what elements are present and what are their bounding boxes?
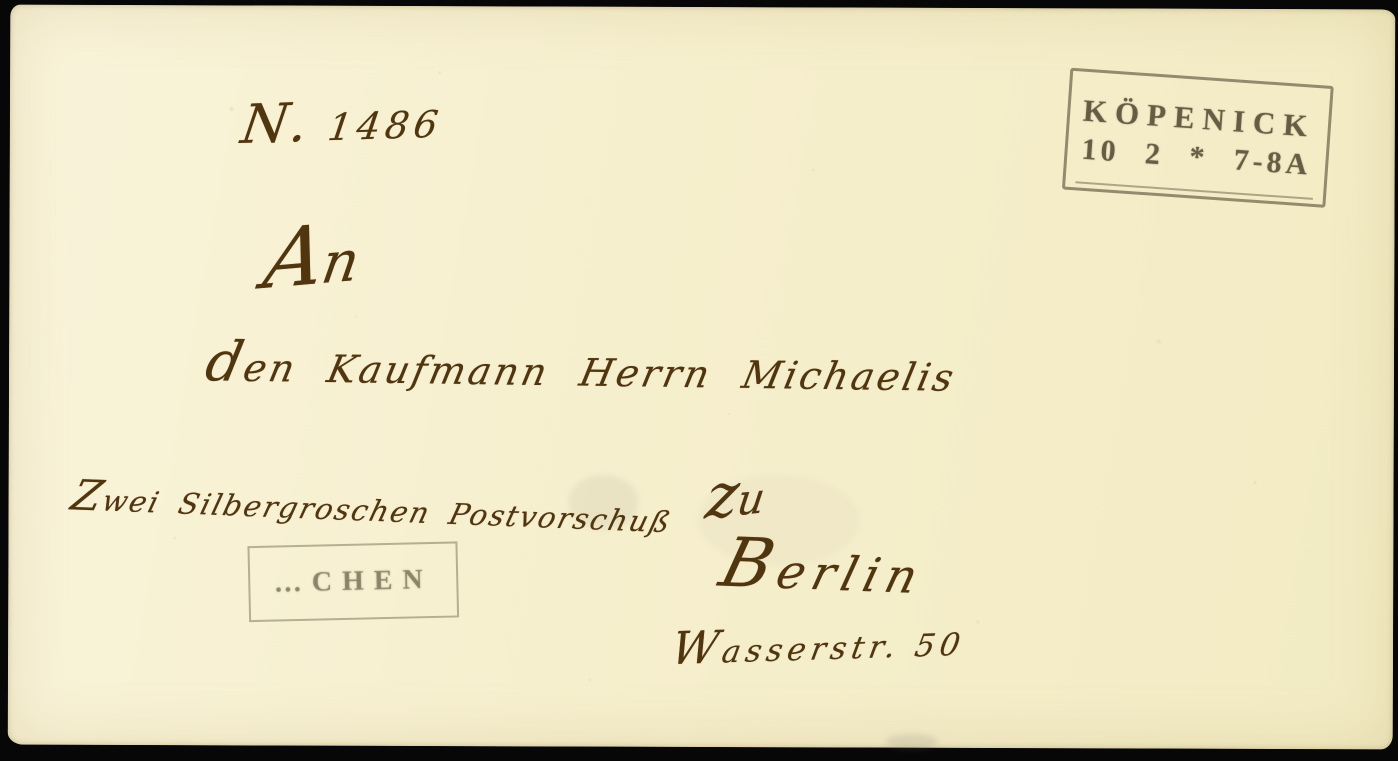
ink-smudge bbox=[886, 734, 938, 750]
handwritten-street-line: Wasserstr. 50 bbox=[667, 613, 970, 676]
faint-postmark-text: …CHEN bbox=[273, 564, 433, 600]
handwritten-place-preposition: zu bbox=[702, 455, 771, 533]
photo-background: N. 1486 KÖPENICK 10 2 * 7-8A An den Kauf… bbox=[0, 0, 1398, 761]
handwritten-salutation: An bbox=[258, 205, 368, 309]
handwritten-addressee-line: den Kaufmann Herrn Michaelis bbox=[200, 329, 963, 403]
faint-boxed-postmark: …CHEN bbox=[247, 541, 459, 622]
envelope: N. 1486 KÖPENICK 10 2 * 7-8A An den Kauf… bbox=[8, 5, 1396, 750]
handwritten-number: N. 1486 bbox=[237, 86, 448, 156]
koepenick-boxed-postmark: KÖPENICK 10 2 * 7-8A bbox=[1062, 68, 1334, 208]
handwritten-city: Berlin bbox=[713, 524, 935, 610]
